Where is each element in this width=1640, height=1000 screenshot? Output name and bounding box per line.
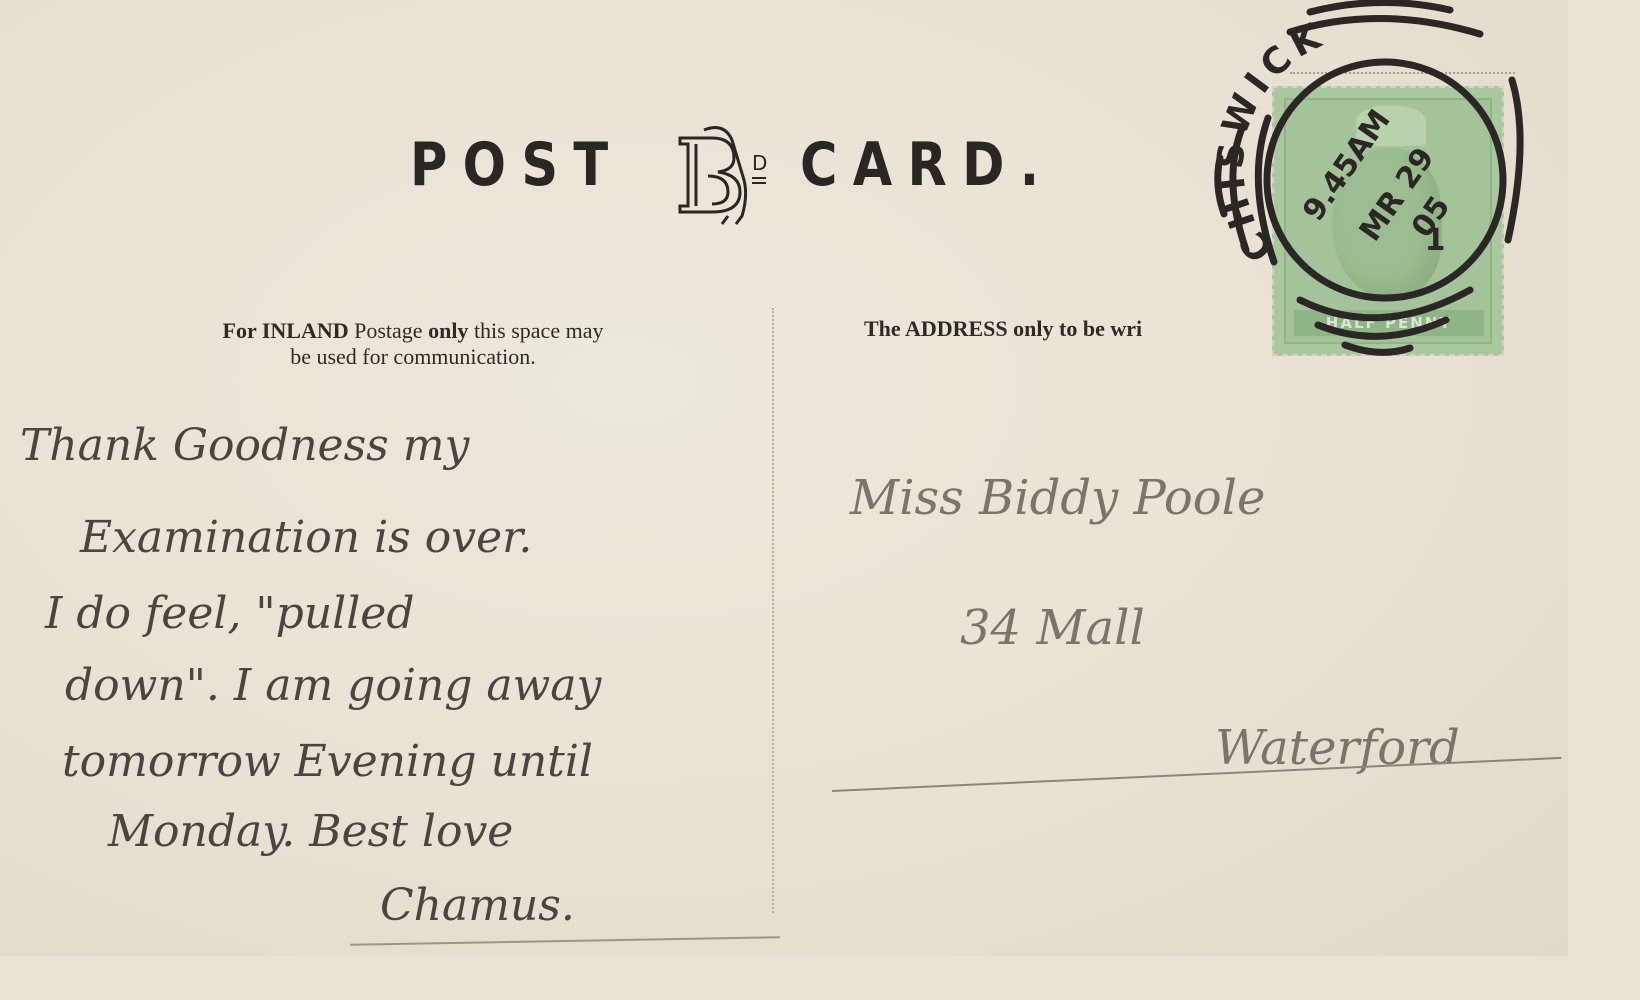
dotted-divider — [772, 308, 774, 913]
message-line-3: I do feel, "pulled — [45, 588, 415, 639]
message-line-6: Monday. Best love — [108, 806, 513, 857]
address-label: The ADDRESS only to be wri — [864, 316, 1142, 342]
signature: Chamus. — [380, 880, 575, 931]
postcard-title-card: CARD. — [800, 130, 1099, 200]
svg-text:D: D — [752, 151, 767, 175]
message-line-5: tomorrow Evening until — [62, 736, 593, 787]
br-monogram-icon: D — [672, 120, 772, 225]
signature-underline — [350, 936, 780, 946]
title-post: POST — [410, 130, 623, 200]
address-line-street: 34 Mall — [960, 600, 1145, 656]
postcard-title: POST — [410, 130, 661, 200]
message-line-2: Examination is over. — [80, 512, 532, 563]
communication-label-line1: For INLAND Postage only this space may — [128, 318, 698, 344]
communication-label: For INLAND Postage only this space may b… — [128, 318, 698, 370]
message-line-1: Thank Goodness my — [20, 420, 469, 471]
communication-label-line2: be used for communication. — [128, 344, 698, 370]
postmark-icon: 9.45AM MR 29 05 1 CHISWICK — [1150, 0, 1568, 370]
svg-text:1: 1 — [1425, 223, 1446, 258]
message-line-4: down". I am going away — [65, 660, 601, 711]
title-card: CARD. — [800, 130, 1054, 200]
postcard-back: POST D CARD. For INLAND Postage only thi… — [0, 0, 1568, 956]
address-line-name: Miss Biddy Poole — [850, 470, 1265, 526]
